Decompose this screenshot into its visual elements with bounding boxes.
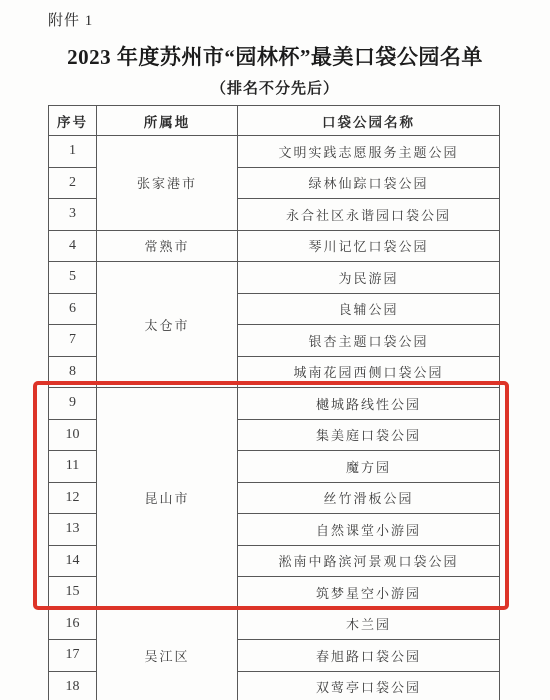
table-row: 1张家港市文明实践志愿服务主题公园	[49, 136, 500, 168]
park-name-cell: 双莺亭口袋公园	[238, 671, 500, 700]
park-name-cell: 永合社区永谐园口袋公园	[238, 199, 500, 231]
attachment-label: 附件 1	[48, 9, 93, 30]
serial-cell: 15	[49, 577, 97, 609]
park-name-cell: 城南花园西侧口袋公园	[238, 356, 500, 388]
document-subtitle: （排名不分先后）	[0, 77, 550, 98]
park-name-cell: 筑梦星空小游园	[238, 577, 500, 609]
park-name-cell: 良辅公园	[238, 293, 500, 325]
park-name-cell: 樾城路线性公园	[238, 388, 500, 420]
serial-cell: 16	[49, 608, 97, 640]
serial-cell: 9	[49, 388, 97, 420]
park-name-cell: 为民游园	[238, 262, 500, 294]
serial-cell: 12	[49, 482, 97, 514]
park-name-cell: 木兰园	[238, 608, 500, 640]
region-cell: 张家港市	[97, 136, 238, 231]
park-name-cell: 琴川记忆口袋公园	[238, 230, 500, 262]
serial-cell: 8	[49, 356, 97, 388]
serial-cell: 13	[49, 514, 97, 546]
serial-cell: 2	[49, 167, 97, 199]
region-cell: 常熟市	[97, 230, 238, 262]
region-cell: 昆山市	[97, 388, 238, 609]
park-table: 序号 所属地 口袋公园名称 1张家港市文明实践志愿服务主题公园2绿林仙踪口袋公园…	[48, 105, 500, 700]
park-name-cell: 魔方园	[238, 451, 500, 483]
serial-cell: 10	[49, 419, 97, 451]
header-serial: 序号	[49, 106, 97, 136]
serial-cell: 3	[49, 199, 97, 231]
table-row: 5太仓市为民游园	[49, 262, 500, 294]
table-row: 4常熟市琴川记忆口袋公园	[49, 230, 500, 262]
document-page: 附件 1 2023 年度苏州市“园林杯”最美口袋公园名单 （排名不分先后） 序号…	[0, 0, 550, 700]
park-name-cell: 春旭路口袋公园	[238, 640, 500, 672]
serial-cell: 11	[49, 451, 97, 483]
serial-cell: 1	[49, 136, 97, 168]
park-name-cell: 绿林仙踪口袋公园	[238, 167, 500, 199]
region-cell: 太仓市	[97, 262, 238, 388]
serial-cell: 5	[49, 262, 97, 294]
serial-cell: 7	[49, 325, 97, 357]
park-name-cell: 银杏主题口袋公园	[238, 325, 500, 357]
serial-cell: 6	[49, 293, 97, 325]
serial-cell: 18	[49, 671, 97, 700]
table-header: 序号 所属地 口袋公园名称	[49, 106, 500, 136]
park-name-cell: 自然课堂小游园	[238, 514, 500, 546]
park-name-cell: 文明实践志愿服务主题公园	[238, 136, 500, 168]
region-cell: 吴江区	[97, 608, 238, 700]
table-row: 16吴江区木兰园	[49, 608, 500, 640]
park-name-cell: 集美庭口袋公园	[238, 419, 500, 451]
park-name-cell: 淞南中路滨河景观口袋公园	[238, 545, 500, 577]
table-body: 1张家港市文明实践志愿服务主题公园2绿林仙踪口袋公园3永合社区永谐园口袋公园4常…	[49, 136, 500, 700]
serial-cell: 14	[49, 545, 97, 577]
serial-cell: 4	[49, 230, 97, 262]
serial-cell: 17	[49, 640, 97, 672]
header-row: 序号 所属地 口袋公园名称	[49, 106, 500, 136]
table-row: 9昆山市樾城路线性公园	[49, 388, 500, 420]
park-name-cell: 丝竹滑板公园	[238, 482, 500, 514]
header-park-name: 口袋公园名称	[238, 106, 500, 136]
header-region: 所属地	[97, 106, 238, 136]
document-title: 2023 年度苏州市“园林杯”最美口袋公园名单	[0, 41, 550, 71]
